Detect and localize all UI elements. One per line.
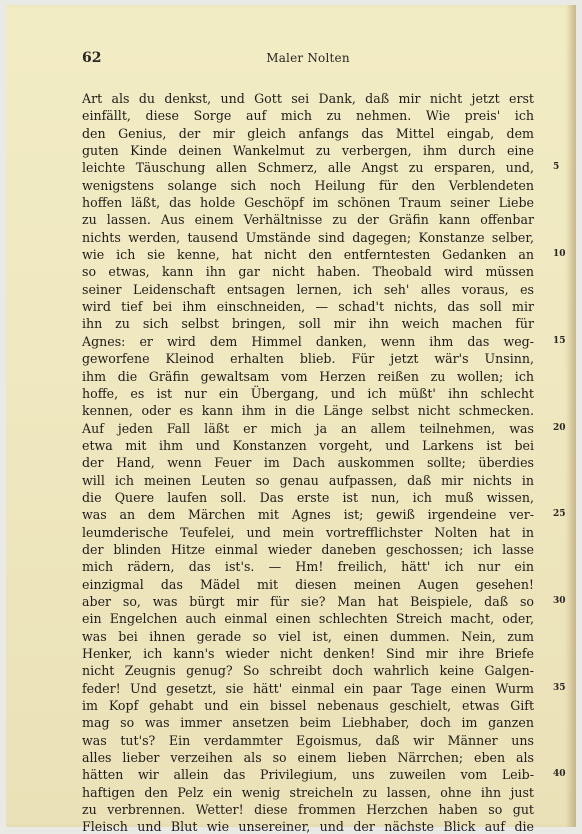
line-text: die Quere laufen soll. Das erste ist nun… xyxy=(82,489,534,506)
page-header: 62 Maler Nolten xyxy=(82,50,534,72)
text-line: den Genius, der mir gleich anfangs das M… xyxy=(82,125,534,142)
line-text: mag so was immer ansetzen beim Liebhaber… xyxy=(82,714,534,731)
line-text: was an dem Märchen mit Agnes ist; gewiß … xyxy=(82,506,534,523)
line-text: Fleisch und Blut wie unsereiner, und der… xyxy=(82,818,534,834)
line-text: seiner Leidenschaft entsagen lernen, ich… xyxy=(82,281,534,298)
text-line: mag so was immer ansetzen beim Liebhaber… xyxy=(82,714,534,731)
text-line: einfällt, diese Sorge auf mich zu nehmen… xyxy=(82,107,534,124)
text-line: leumderische Teufelei, und mein vortreff… xyxy=(82,524,534,541)
line-number: 15 xyxy=(553,333,566,350)
line-number: 20 xyxy=(553,420,566,437)
line-text: ihm die Gräfin gewaltsam vom Herzen reiß… xyxy=(82,368,534,385)
line-number: 10 xyxy=(553,246,566,263)
line-text: hätten wir allein das Privilegium, uns z… xyxy=(82,766,534,783)
text-line: guten Kinde deinen Wankelmut zu verberge… xyxy=(82,142,534,159)
text-line: Henker, ich kann's wieder nicht denken! … xyxy=(82,645,534,662)
text-line: mich rädern, das ist's. — Hm! freilich, … xyxy=(82,558,534,575)
line-text: einfällt, diese Sorge auf mich zu nehmen… xyxy=(82,107,534,124)
line-text: was bei ihnen gerade so viel ist, einen … xyxy=(82,628,534,645)
text-line: hoffen läßt, das holde Geschöpf im schön… xyxy=(82,194,534,211)
text-line: wenigstens solange sich noch Heilung für… xyxy=(82,177,534,194)
text-line: Agnes: er wird dem Himmel danken, wenn i… xyxy=(82,333,534,350)
line-text: zu verbrennen. Wetter! diese frommen Her… xyxy=(82,801,534,818)
text-line: so etwas, kann ihn gar nicht haben. Theo… xyxy=(82,263,534,280)
book-page: 62 Maler Nolten Art als du denkst, und G… xyxy=(6,5,576,827)
line-text: so etwas, kann ihn gar nicht haben. Theo… xyxy=(82,263,534,280)
line-text: wird tief bei ihm einschneiden, — schad'… xyxy=(82,298,534,315)
text-line: Art als du denkst, und Gott sei Dank, da… xyxy=(82,90,534,107)
line-text: der Hand, wenn Feuer im Dach auskommen s… xyxy=(82,454,534,471)
text-line: will ich meinen Leuten so genau aufpasse… xyxy=(82,472,534,489)
text-line: was tut's? Ein verdammter Egoismus, daß … xyxy=(82,732,534,749)
text-line: was bei ihnen gerade so viel ist, einen … xyxy=(82,628,534,645)
line-text: mich rädern, das ist's. — Hm! freilich, … xyxy=(82,558,534,575)
line-text: leichte Täuschung allen Schmerz, alle An… xyxy=(82,159,534,176)
text-line: Auf jeden Fall läßt er mich ja an allem … xyxy=(82,420,534,437)
text-line: alles lieber verzeihen als so einem lieb… xyxy=(82,749,534,766)
line-text: Henker, ich kann's wieder nicht denken! … xyxy=(82,645,534,662)
line-number: 30 xyxy=(553,593,566,610)
text-line: etwa mit ihm und Konstanzen vorgeht, und… xyxy=(82,437,534,454)
text-line: geworfene Kleinod erhalten blieb. Für je… xyxy=(82,350,534,367)
text-line: der Hand, wenn Feuer im Dach auskommen s… xyxy=(82,454,534,471)
text-line: ihm die Gräfin gewaltsam vom Herzen reiß… xyxy=(82,368,534,385)
text-line: zu verbrennen. Wetter! diese frommen Her… xyxy=(82,801,534,818)
line-text: haftigen den Pelz ein wenig streicheln z… xyxy=(82,784,534,801)
line-number: 25 xyxy=(553,506,566,523)
line-text: feder! Und gesetzt, sie hätt' einmal ein… xyxy=(82,680,534,697)
line-text: hoffe, es ist nur ein Übergang, und ich … xyxy=(82,385,534,402)
text-line: im Kopf gehabt und ein bissel nebenaus g… xyxy=(82,697,534,714)
line-text: im Kopf gehabt und ein bissel nebenaus g… xyxy=(82,697,534,714)
line-text: nicht Zeugnis genug? So schreibt doch wa… xyxy=(82,662,534,679)
text-line: nichts werden, tausend Umstände sind dag… xyxy=(82,229,534,246)
text-line: hätten wir allein das Privilegium, uns z… xyxy=(82,766,534,783)
text-line: leichte Täuschung allen Schmerz, alle An… xyxy=(82,159,534,176)
text-line: feder! Und gesetzt, sie hätt' einmal ein… xyxy=(82,680,534,697)
line-text: etwa mit ihm und Konstanzen vorgeht, und… xyxy=(82,437,534,454)
text-line: haftigen den Pelz ein wenig streicheln z… xyxy=(82,784,534,801)
line-number: 35 xyxy=(553,680,566,697)
line-text: kennen, oder es kann ihm in die Länge se… xyxy=(82,402,534,419)
text-line: ihn zu sich selbst bringen, soll mir ihn… xyxy=(82,315,534,332)
text-line: wie ich sie kenne, hat nicht den entfern… xyxy=(82,246,534,263)
text-line: was an dem Märchen mit Agnes ist; gewiß … xyxy=(82,506,534,523)
text-line: wird tief bei ihm einschneiden, — schad'… xyxy=(82,298,534,315)
text-line: kennen, oder es kann ihm in die Länge se… xyxy=(82,402,534,419)
text-line: ein Engelchen auch einmal einen schlecht… xyxy=(82,610,534,627)
line-text: aber so, was bürgt mir für sie? Man hat … xyxy=(82,593,534,610)
line-text: ein Engelchen auch einmal einen schlecht… xyxy=(82,610,534,627)
line-text: Art als du denkst, und Gott sei Dank, da… xyxy=(82,90,534,107)
text-line: zu lassen. Aus einem Verhältnisse zu der… xyxy=(82,211,534,228)
line-text: ihn zu sich selbst bringen, soll mir ihn… xyxy=(82,315,534,332)
text-line: nicht Zeugnis genug? So schreibt doch wa… xyxy=(82,662,534,679)
page-edge-shadow xyxy=(566,5,576,827)
text-line: hoffe, es ist nur ein Übergang, und ich … xyxy=(82,385,534,402)
line-text: wenigstens solange sich noch Heilung für… xyxy=(82,177,534,194)
line-text: was tut's? Ein verdammter Egoismus, daß … xyxy=(82,732,534,749)
line-number: 40 xyxy=(553,766,566,783)
line-text: alles lieber verzeihen als so einem lieb… xyxy=(82,749,534,766)
line-text: guten Kinde deinen Wankelmut zu verberge… xyxy=(82,142,534,159)
text-line: Fleisch und Blut wie unsereiner, und der… xyxy=(82,818,534,834)
line-text: nichts werden, tausend Umstände sind dag… xyxy=(82,229,534,246)
running-title: Maler Nolten xyxy=(82,51,534,65)
line-text: Auf jeden Fall läßt er mich ja an allem … xyxy=(82,420,534,437)
line-text: Agnes: er wird dem Himmel danken, wenn i… xyxy=(82,333,534,350)
line-text: zu lassen. Aus einem Verhältnisse zu der… xyxy=(82,211,534,228)
text-line: aber so, was bürgt mir für sie? Man hat … xyxy=(82,593,534,610)
text-line: die Quere laufen soll. Das erste ist nun… xyxy=(82,489,534,506)
text-line: der blinden Hitze einmal wieder daneben … xyxy=(82,541,534,558)
line-text: den Genius, der mir gleich anfangs das M… xyxy=(82,125,534,142)
text-line: seiner Leidenschaft entsagen lernen, ich… xyxy=(82,281,534,298)
line-number: 5 xyxy=(553,159,559,176)
line-text: leumderische Teufelei, und mein vortreff… xyxy=(82,524,534,541)
line-text: wie ich sie kenne, hat nicht den entfern… xyxy=(82,246,534,263)
line-text: der blinden Hitze einmal wieder daneben … xyxy=(82,541,534,558)
line-text: will ich meinen Leuten so genau aufpasse… xyxy=(82,472,534,489)
body-text: Art als du denkst, und Gott sei Dank, da… xyxy=(82,90,534,834)
line-text: geworfene Kleinod erhalten blieb. Für je… xyxy=(82,350,534,367)
text-line: einzigmal das Mädel mit diesen meinen Au… xyxy=(82,576,534,593)
line-text: einzigmal das Mädel mit diesen meinen Au… xyxy=(82,576,534,593)
line-text: hoffen läßt, das holde Geschöpf im schön… xyxy=(82,194,534,211)
